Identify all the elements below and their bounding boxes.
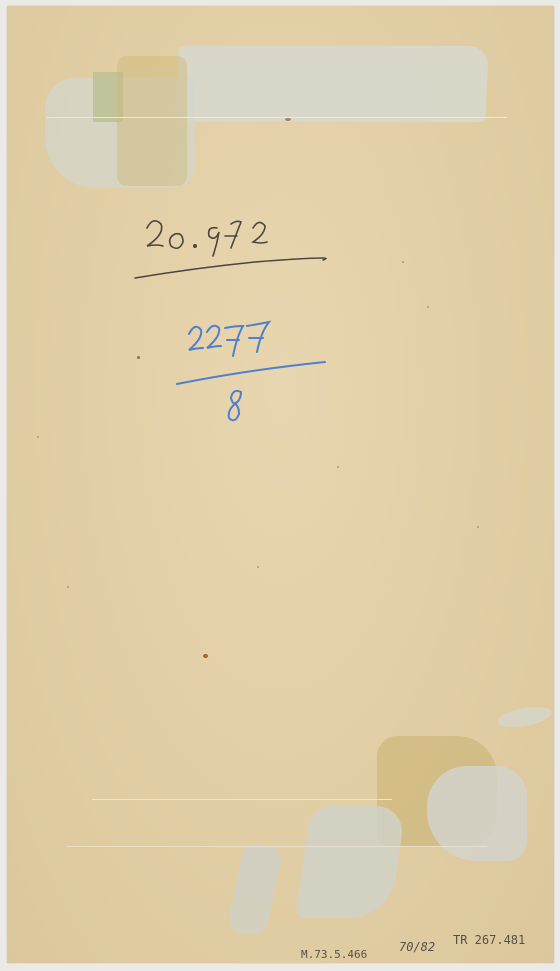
paper-card: M.73.5.466 70/82 TR 267.481 20.972 2277 … — [7, 6, 554, 963]
pencil-number-20972 — [135, 221, 326, 278]
handwriting-layer: M.73.5.466 70/82 TR 267.481 — [7, 6, 554, 963]
fraction-note-text: 70/82 — [399, 940, 435, 954]
bottom-pencil-notes: M.73.5.466 70/82 TR 267.481 — [301, 933, 525, 961]
accession-number-text: M.73.5.466 — [301, 948, 367, 961]
tr-ref-text: TR 267.481 — [453, 933, 525, 947]
blue-pencil-fraction — [177, 322, 325, 420]
